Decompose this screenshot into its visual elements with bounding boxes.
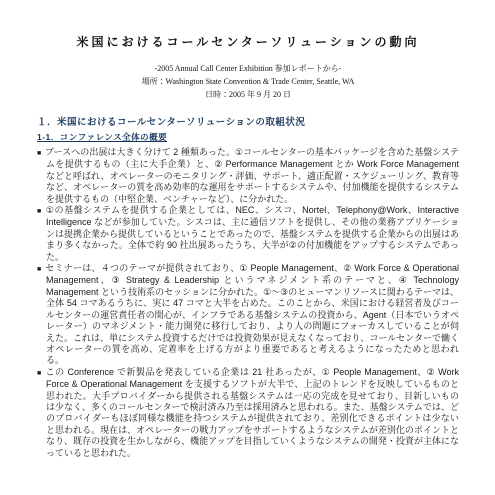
- subsection-heading: 1-1．コンファレンス全体の概要: [37, 131, 459, 143]
- bullet-item-seminars: ■ セミナーは、４つのテーマが提供されており、① People Manageme…: [37, 263, 459, 367]
- bullet-text: セミナーは、４つのテーマが提供されており、① People Management…: [45, 263, 459, 365]
- bullet-square-icon: ■: [37, 370, 43, 377]
- document-title: 米国におけるコールセンターソリューションの動向: [37, 33, 459, 50]
- subtitle-date-line: 日時：2005 年 9 月 20 日: [37, 88, 459, 101]
- bullet-square-icon: ■: [37, 266, 42, 273]
- bullet-item-booths: ■ ブースへの出展は大きく分けて 2 種類あった。①コールセンターの基本パッケー…: [37, 147, 459, 205]
- bullet-item-new-products: ■ この Conference で新製品を発表している企業は 21 社あったが、…: [37, 367, 459, 459]
- subtitle-event-line: -2005 Annual Call Center Exhibition 参加レポ…: [37, 62, 459, 75]
- document-page: 米国におけるコールセンターソリューションの動向 -2005 Annual Cal…: [0, 0, 495, 495]
- bullet-item-vendors: ■ ①の基盤システムを提供する企業としては、NEC、シスコ、Nortel、Tel…: [37, 205, 459, 263]
- subtitle-location-line: 場所：Washington State Convention & Trade C…: [37, 75, 459, 88]
- bullet-text: ①の基盤システムを提供する企業としては、NEC、シスコ、Nortel、Telep…: [46, 205, 459, 262]
- bullet-text: ブースへの出展は大きく分けて 2 種類あった。①コールセンターの基本パッケージを…: [45, 147, 459, 204]
- bullet-square-icon: ■: [37, 208, 43, 215]
- subtitle-block: -2005 Annual Call Center Exhibition 参加レポ…: [37, 62, 459, 101]
- bullet-text: この Conference で新製品を発表している企業は 21 社あったが、① …: [46, 367, 459, 458]
- bullet-square-icon: ■: [37, 150, 42, 157]
- section-heading: １．米国におけるコールセンターソリューションの取組状況: [37, 114, 459, 128]
- bullet-list: ■ ブースへの出展は大きく分けて 2 種類あった。①コールセンターの基本パッケー…: [37, 147, 459, 459]
